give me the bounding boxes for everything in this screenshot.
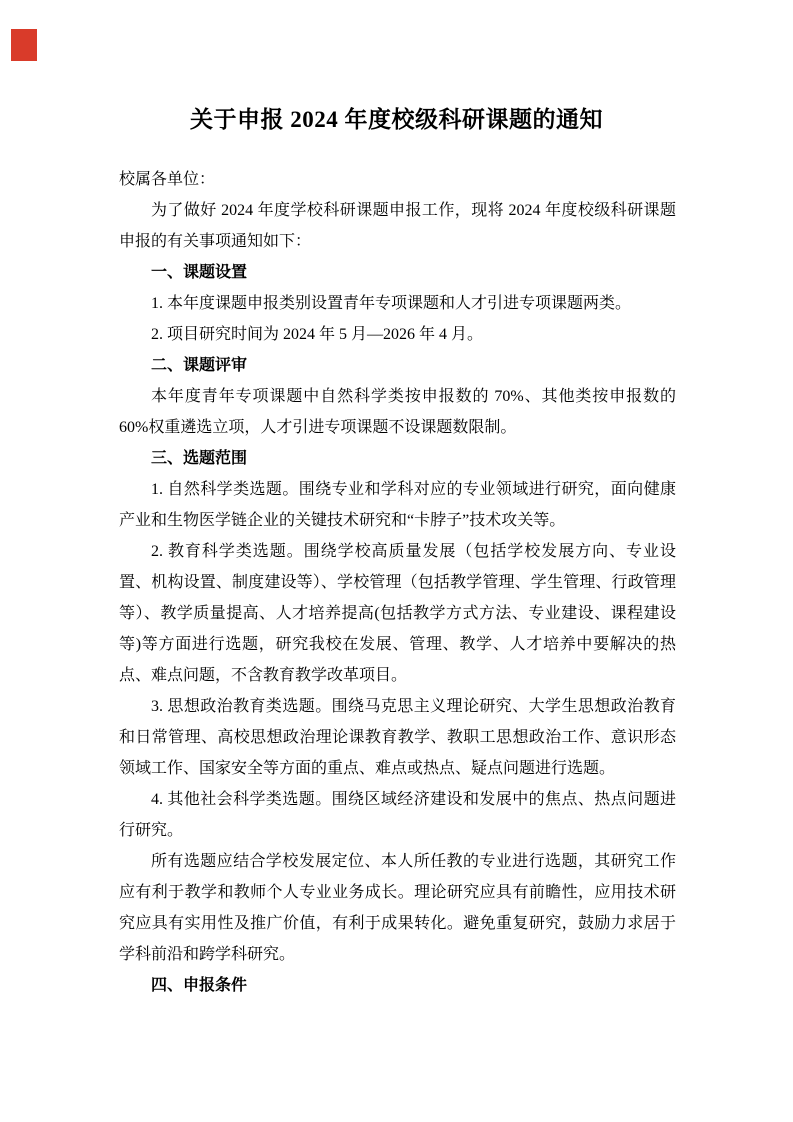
salutation: 校属各单位：	[119, 164, 676, 195]
red-marker-block	[11, 29, 37, 61]
paragraph-2-1: 本年度青年专项课题中自然科学类按申报数的 70%、其他类按申报数的 60%权重遴…	[119, 381, 676, 443]
section-heading-2: 二、课题评审	[119, 350, 676, 381]
paragraph-3-4: 4. 其他社会科学类选题。围绕区域经济建设和发展中的焦点、热点问题进行研究。	[119, 784, 676, 846]
paragraph-1-1: 1. 本年度课题申报类别设置青年专项课题和人才引进专项课题两类。	[119, 288, 676, 319]
document-page: 关于申报 2024 年度校级科研课题的通知 校属各单位： 为了做好 2024 年…	[0, 0, 793, 1122]
paragraph-3-3: 3. 思想政治教育类选题。围绕马克思主义理论研究、大学生思想政治教育和日常管理、…	[119, 691, 676, 784]
paragraph-1-2: 2. 项目研究时间为 2024 年 5 月—2026 年 4 月。	[119, 319, 676, 350]
document-body: 校属各单位： 为了做好 2024 年度学校科研课题申报工作，现将 2024 年度…	[119, 164, 676, 1001]
paragraph-3-2: 2. 教育科学类选题。围绕学校高质量发展（包括学校发展方向、专业设置、机构设置、…	[119, 536, 676, 691]
intro-paragraph: 为了做好 2024 年度学校科研课题申报工作，现将 2024 年度校级科研课题申…	[119, 195, 676, 257]
paragraph-3-5: 所有选题应结合学校发展定位、本人所任教的专业进行选题，其研究工作应有利于教学和教…	[119, 846, 676, 970]
section-heading-4: 四、申报条件	[119, 970, 676, 1001]
paragraph-3-1: 1. 自然科学类选题。围绕专业和学科对应的专业领域进行研究，面向健康产业和生物医…	[119, 474, 676, 536]
section-heading-1: 一、课题设置	[119, 257, 676, 288]
section-heading-3: 三、选题范围	[119, 443, 676, 474]
document-title: 关于申报 2024 年度校级科研课题的通知	[0, 0, 793, 137]
